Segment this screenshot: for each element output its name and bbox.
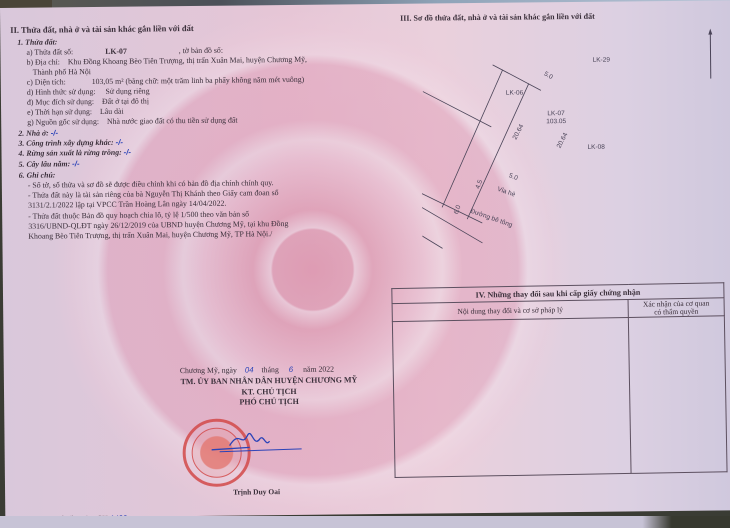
- area-row: c) Diện tích: 103,05 m² (bằng chữ: một t…: [27, 75, 305, 88]
- label-lk07: LK-07 103.05: [546, 110, 566, 126]
- issue-month: 6: [289, 365, 293, 374]
- label-lk29: LK-29: [593, 57, 610, 64]
- issue-day: 04: [245, 365, 254, 374]
- place-date: Chương Mỹ, ngày 04 tháng 6 năm 2022: [180, 365, 334, 377]
- area-value: 103,05 m² (bằng chữ: một trăm linh ba ph…: [92, 75, 305, 86]
- signer-role-2: PHÓ CHỦ TỊCH: [164, 396, 374, 407]
- label-lk08: LK-08: [587, 144, 604, 151]
- issuing-org: TM. ỦY BAN NHÂN DÂN HUYỆN CHƯƠNG MỸ: [164, 375, 374, 386]
- usage-origin-row: g) Nguồn gốc sử dụng: Nhà nước giao đất …: [27, 116, 237, 128]
- address-value: Khu Đồng Khoang Bèo Tiên Trượng, thị trấ…: [68, 55, 307, 67]
- change-content-cell: [392, 317, 631, 477]
- signature-icon: [209, 425, 309, 456]
- label-area: 103.05: [546, 118, 566, 126]
- land-heading: 1. Thửa đất:: [17, 37, 57, 48]
- parcel-number: LK-07: [105, 47, 127, 56]
- label-lk06: LK-06: [506, 90, 523, 97]
- section-ii-heading: II. Thửa đất, nhà ở và tài sản khác gắn …: [10, 23, 194, 35]
- parcel-diagram: [420, 20, 730, 253]
- note-line: Khoang Bèo Tiên Trượng, thị trấn Xuân Ma…: [28, 229, 288, 242]
- address-row: b) Địa chỉ: Khu Đồng Khoang Bèo Tiên Trư…: [27, 55, 308, 68]
- photo-background-bottom: [0, 516, 730, 528]
- authority-confirmation-cell: [628, 316, 727, 474]
- notes-heading: 6. Ghi chú:: [19, 170, 56, 181]
- house-row: 2. Nhà ở: -/-: [18, 128, 58, 139]
- production-forest-row: 4. Rừng sản xuất là rừng trồng: -/-: [18, 148, 131, 159]
- col-authority-confirmation: Xác nhận của cơ quan có thẩm quyền: [628, 298, 724, 318]
- signer-name: Trịnh Duy Oai: [233, 487, 280, 496]
- changes-table: IV. Những thay đổi sau khi cấp giấy chứn…: [391, 282, 727, 478]
- notes-list: - Số tờ, số thửa và sơ đồ sẽ được điều c…: [28, 178, 289, 242]
- perennial-trees-row: 5. Cây lâu năm: -/-: [19, 159, 80, 170]
- land-certificate-page: II. Thửa đất, nhà ở và tài sản khác gắn …: [0, 0, 730, 518]
- north-arrow-icon: [708, 29, 713, 79]
